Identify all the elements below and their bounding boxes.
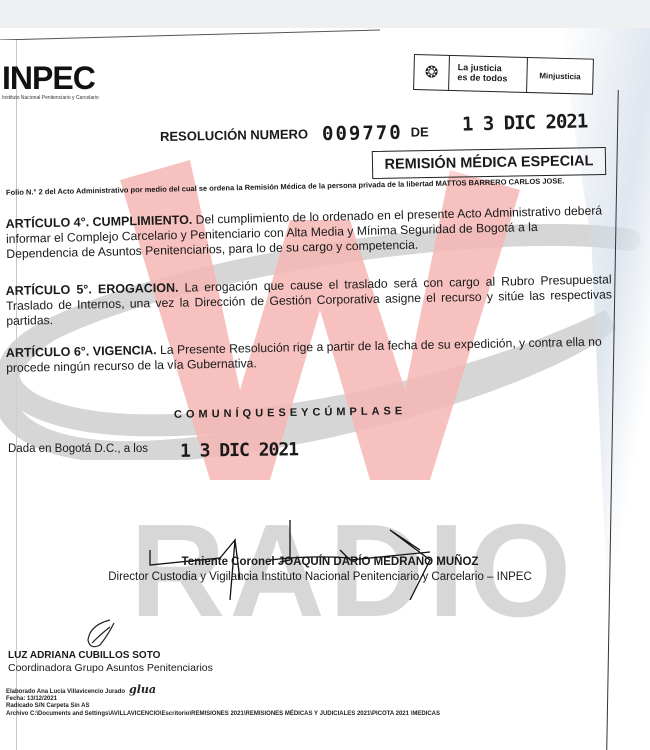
dada-date-stamp: 1 3 DIC 2021 <box>180 439 298 462</box>
director-name: Teniente Coronel JOAQUÍN DARÍO MEDRANO M… <box>0 556 650 568</box>
resolution-heading: RESOLUCIÓN NUMERO009770DE <box>160 119 429 146</box>
folio-note: Folio N.° 2 del Acto Administrativo por … <box>6 175 616 198</box>
logo-subtitle: Instituto Nacional Penitenciario y Carce… <box>2 95 99 101</box>
resolution-date-stamp: 1 3 DIC 2021 <box>462 110 588 135</box>
coordinator-signature <box>80 615 120 655</box>
document-metadata: Elaborado Ana Lucia Villavicencio Jurado… <box>6 686 440 718</box>
resolution-type-box: REMISIÓN MÉDICA ESPECIAL <box>372 147 606 179</box>
director-signature-block: Teniente Coronel JOAQUÍN DARÍO MEDRANO M… <box>0 556 650 583</box>
coordinator-signature-block: LUZ ADRIANA CUBILLOS SOTO Coordinadora G… <box>8 650 213 674</box>
government-banner: ❂ La justicia es de todos Minjusticia <box>413 54 594 95</box>
ministry-label: Minjusticia <box>527 58 593 94</box>
inpec-logo: INPEC Instituto Nacional Penitenciario y… <box>2 62 99 101</box>
article-5: ARTÍCULO 5°. EROGACION. La erogación que… <box>6 272 613 329</box>
coordinator-name: LUZ ADRIANA CUBILLOS SOTO <box>8 650 213 661</box>
director-role: Director Custodia y Vigilancia Instituto… <box>0 571 650 583</box>
article-6: ARTÍCULO 6°. VIGENCIA. La Presente Resol… <box>6 334 612 376</box>
coordinator-role: Coordinadora Grupo Asuntos Penitenciario… <box>8 662 213 674</box>
resolution-number: 009770 <box>322 122 403 145</box>
initials-signature: glua <box>129 683 156 696</box>
colombia-coat-of-arms-icon: ❂ <box>414 55 450 90</box>
dada-label: Dada en Bogotá D.C., a los <box>8 443 148 455</box>
article-4: ARTÍCULO 4°. CUMPLIMIENTO. Del cumplimie… <box>5 203 612 262</box>
gov-slogan: La justicia es de todos <box>449 56 528 92</box>
comuniquese-cumplase: COMUNÍQUESEYCÚMPLASE <box>174 405 406 421</box>
